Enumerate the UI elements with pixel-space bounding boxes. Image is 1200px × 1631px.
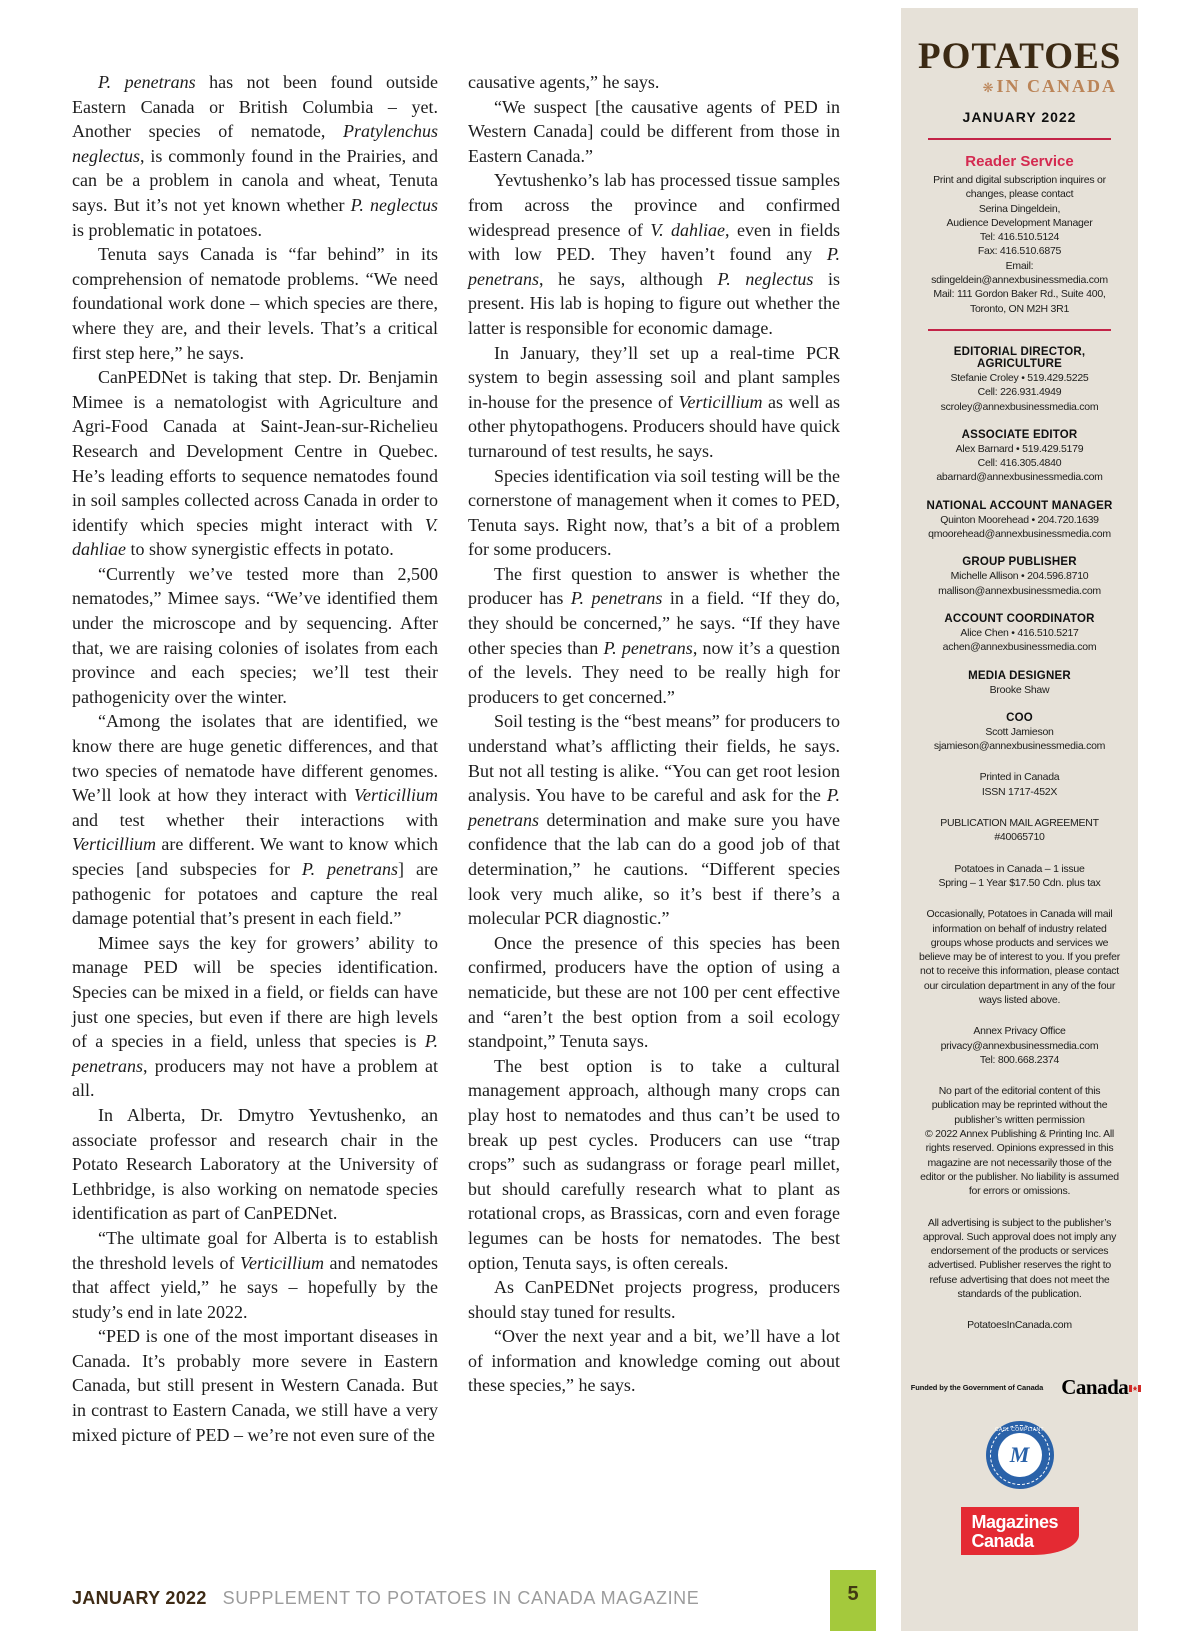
notice-line: PUBLICATION MAIL AGREEMENT [918,816,1121,830]
notice-line: #40065710 [918,830,1121,844]
page-footer: JANUARY 2022 SUPPLEMENT TO POTATOES IN C… [72,1588,699,1609]
publication-notices: Printed in CanadaISSN 1717-452XPUBLICATI… [918,770,1121,1332]
staff-line: Quinton Moorehead • 204.720.1639 [918,513,1121,527]
notice-block: Annex Privacy Officeprivacy@annexbusines… [918,1024,1121,1067]
staff-line: achen@annexbusinessmedia.com [918,640,1121,654]
article-paragraph: “Over the next year and a bit, we’ll hav… [468,1324,840,1398]
seal-monogram: M [998,1433,1042,1477]
notice-block: No part of the editorial content of this… [918,1084,1121,1198]
article-paragraph: In January, they’ll set up a real-time P… [468,341,840,464]
staff-line: Scott Jamieson [918,725,1121,739]
masthead-line: Fax: 416.510.6875 [918,244,1121,258]
staff-role-heading: EDITORIAL DIRECTOR, AGRICULTURE [918,346,1121,370]
article-paragraph: The best option is to take a cultural ma… [468,1054,840,1275]
article-paragraph: Yevtushenko’s lab has processed tissue s… [468,168,840,340]
article-paragraph: “We suspect [the causative agents of PED… [468,95,840,169]
article-paragraph: Mimee says the key for growers’ ability … [72,931,438,1103]
reader-service-heading: Reader Service [918,153,1121,170]
article-paragraph: causative agents,” he says. [468,70,840,95]
logo-subtitle: IN CANADA [997,76,1118,96]
notice-line: Potatoes in Canada – 1 issue [918,862,1121,876]
notice-line: PotatoesInCanada.com [918,1318,1121,1332]
article-column-2: causative agents,” he says.“We suspect [… [468,70,840,1447]
magazines-canada-line2: Canada [972,1532,1079,1551]
masthead-line: Email: sdingeldein@annexbusinessmedia.co… [918,259,1121,288]
masthead-line: changes, please contact [918,187,1121,201]
notice-line: © 2022 Annex Publishing & Printing Inc. … [918,1127,1121,1198]
notice-line: All advertising is subject to the publis… [918,1216,1121,1302]
notice-block: PotatoesInCanada.com [918,1318,1121,1332]
staff-line: scroley@annexbusinessmedia.com [918,400,1121,414]
staff-line: Brooke Shaw [918,683,1121,697]
staff-line: Cell: 226.931.4949 [918,385,1121,399]
article-column-1: P. penetrans has not been found outside … [72,70,438,1447]
staff-line: sjamieson@annexbusinessmedia.com [918,739,1121,753]
staff-role-heading: ASSOCIATE EDITOR [918,429,1121,441]
staff-role-heading: COO [918,712,1121,724]
page-number-badge: 5 [830,1570,876,1631]
magazines-canada-logo: Magazines Canada [961,1507,1079,1555]
article-paragraph: Soil testing is the “best means” for pro… [468,709,840,930]
masthead-line: Toronto, ON M2H 3R1 [918,302,1121,316]
staff-line: Alex Barnard • 519.429.5179 [918,442,1121,456]
notice-line: Tel: 800.668.2374 [918,1053,1121,1067]
staff-line: Alice Chen • 416.510.5217 [918,626,1121,640]
staff-line: Cell: 416.305.4840 [918,456,1121,470]
staff-line: abarnard@annexbusinessmedia.com [918,470,1121,484]
notice-block: All advertising is subject to the publis… [918,1216,1121,1302]
staff-role-heading: NATIONAL ACCOUNT MANAGER [918,500,1121,512]
canada-flag-icon [1129,1373,1141,1398]
masthead-sidebar: POTATOES ❋IN CANADA JANUARY 2022 Reader … [901,8,1138,1631]
notice-line: Annex Privacy Office [918,1024,1121,1038]
staff-line: qmoorehead@annexbusinessmedia.com [918,527,1121,541]
article-paragraph: “Among the isolates that are identified,… [72,709,438,930]
footer-title: SUPPLEMENT TO POTATOES IN CANADA MAGAZIN… [223,1588,700,1609]
government-funding-row: Funded by the Government of Canada Canad… [918,1373,1121,1403]
canada-wordmark: Canada [1061,1375,1128,1400]
notice-block: Occasionally, Potatoes in Canada will ma… [918,907,1121,1007]
magazines-canada-line1: Magazines [972,1513,1079,1532]
article-paragraph: CanPEDNet is taking that step. Dr. Benja… [72,365,438,562]
notice-line: No part of the editorial content of this… [918,1084,1121,1127]
staff-line: mallison@annexbusinessmedia.com [918,584,1121,598]
staff-list: EDITORIAL DIRECTOR, AGRICULTUREStefanie … [918,346,1121,753]
seal-monogram-letter: M [1010,1444,1030,1466]
masthead-line: Serina Dingeldein, [918,202,1121,216]
funding-statement: Funded by the Government of Canada [911,1383,1043,1392]
article-paragraph: Tenuta says Canada is “far behind” in it… [72,242,438,365]
divider-rule [928,138,1111,140]
notice-block: Potatoes in Canada – 1 issueSpring – 1 Y… [918,862,1121,891]
notice-block: PUBLICATION MAIL AGREEMENT#40065710 [918,816,1121,845]
notice-block: Printed in CanadaISSN 1717-452X [918,770,1121,799]
notice-line: Printed in Canada [918,770,1121,784]
article-paragraph: In Alberta, Dr. Dmytro Yevtushenko, an a… [72,1103,438,1226]
potato-blossom-icon: ❋ [983,81,994,96]
footer-date: JANUARY 2022 [72,1588,207,1609]
logo-wordmark: POTATOES [918,38,1121,75]
divider-rule [928,329,1111,331]
potatoes-in-canada-logo: POTATOES ❋IN CANADA [918,38,1121,97]
logo-subtitle-row: ❋IN CANADA [918,76,1121,97]
article-paragraph: P. penetrans has not been found outside … [72,70,438,242]
staff-role-heading: GROUP PUBLISHER [918,556,1121,568]
article: P. penetrans has not been found outside … [72,70,840,1447]
article-paragraph: Species identification via soil testing … [468,464,840,562]
canada-wordmark-text: Canada [1061,1375,1128,1399]
staff-line: Stefanie Croley • 519.429.5225 [918,371,1121,385]
staff-role-heading: ACCOUNT COORDINATOR [918,613,1121,625]
masthead-line: Mail: 111 Gordon Baker Rd., Suite 400, [918,287,1121,301]
article-paragraph: “PED is one of the most important diseas… [72,1324,438,1447]
notice-line: Spring – 1 Year $17.50 Cdn. plus tax [918,876,1121,890]
seal-ring-text: CASL COMPLIANT [986,1427,1054,1433]
article-paragraph: The first question to answer is whether … [468,562,840,710]
article-paragraph: “The ultimate goal for Alberta is to est… [72,1226,438,1324]
masthead-line: Print and digital subscription inquires … [918,173,1121,187]
staff-role-heading: MEDIA DESIGNER [918,670,1121,682]
magazine-page: P. penetrans has not been found outside … [0,0,1200,1631]
article-paragraph: “Currently we’ve tested more than 2,500 … [72,562,438,710]
article-paragraph: As CanPEDNet projects progress, producer… [468,1275,840,1324]
masthead-line: Audience Development Manager [918,216,1121,230]
masthead-line: Tel: 416.510.5124 [918,230,1121,244]
issue-date: JANUARY 2022 [918,109,1121,125]
notice-line: Occasionally, Potatoes in Canada will ma… [918,907,1121,1007]
notice-line: ISSN 1717-452X [918,785,1121,799]
article-paragraph: Once the presence of this species has be… [468,931,840,1054]
casl-compliance-seal: CASL COMPLIANT M [986,1421,1054,1489]
reader-service-info: Print and digital subscription inquires … [918,173,1121,316]
staff-line: Michelle Allison • 204.596.8710 [918,569,1121,583]
notice-line: privacy@annexbusinessmedia.com [918,1039,1121,1053]
